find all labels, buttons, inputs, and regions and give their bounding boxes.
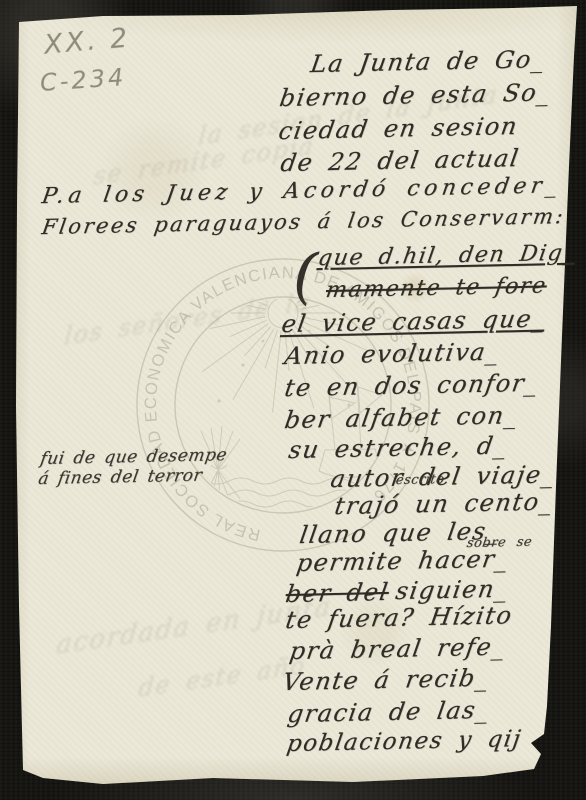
manuscript-line: siguien_ bbox=[394, 575, 511, 605]
manuscript-line: La Junta de Go_ bbox=[309, 45, 548, 78]
manuscript-line: te en dos confor_ bbox=[283, 369, 541, 402]
manuscript-line: prà breal refe_ bbox=[288, 632, 508, 665]
manuscript-line: ber alfabet con_ bbox=[283, 401, 521, 434]
manuscript-line: permite hacer_ bbox=[295, 545, 512, 578]
manuscript-line: gracia de las_ bbox=[286, 696, 492, 728]
manuscript-line: trajó un cento_ bbox=[333, 487, 556, 520]
manuscript-line: escrito bbox=[395, 472, 446, 488]
manuscript-line: su estreche, d_ bbox=[287, 431, 510, 464]
manuscript-line: á fines del terror bbox=[37, 466, 204, 489]
manuscript-line: Vente á recib_ bbox=[281, 664, 492, 696]
manuscript-line: Anio evolutiva_ bbox=[283, 337, 502, 370]
scanner-background: XX. 2 C-234 REAL SOCIEDAD ECONOMICA VALE… bbox=[0, 0, 586, 800]
wheat-sheaf-icon bbox=[199, 426, 240, 511]
archival-catalog-mark: C-234 bbox=[39, 63, 127, 97]
manuscript-line: poblaciones y qij bbox=[285, 726, 524, 757]
manuscript-line: mamente te fore bbox=[324, 273, 549, 303]
manuscript-line: de 22 del actual bbox=[279, 144, 522, 177]
manuscript-line: el vice casas que_ bbox=[280, 304, 548, 338]
